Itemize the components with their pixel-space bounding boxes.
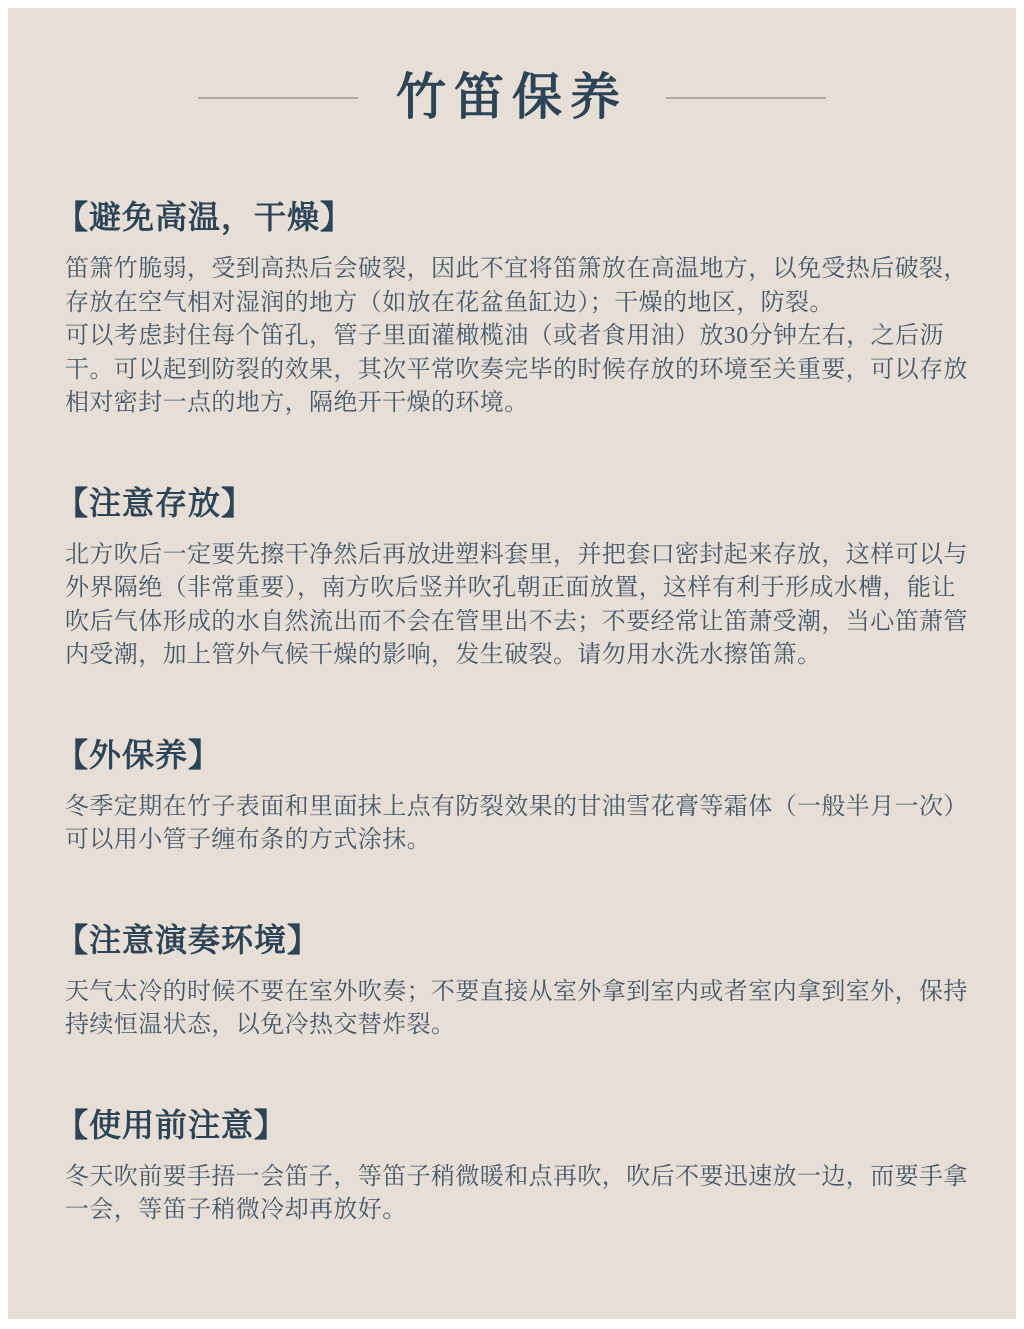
section-heading: 【使用前注意】 — [56, 1105, 968, 1145]
paragraph-line: 一会，等笛子稍微冷却再放好。 — [65, 1194, 968, 1228]
section-paragraph: 冬天吹前要手捂一会笛子，等笛子稍微暖和点再吹，吹后不要迅速放一边，而要手拿 一会… — [56, 1161, 968, 1228]
title-rule-left — [198, 97, 358, 99]
title-rule-right — [666, 97, 826, 99]
paragraph-line: 外界隔绝（非常重要），南方吹后竖并吹孔朝正面放置，这样有利于形成水槽，能让 — [65, 572, 968, 606]
section-paragraph: 北方吹后一定要先擦干净然后再放进塑料套里，并把套口密封起来存放，这样可以与 外界… — [56, 539, 968, 673]
section-exterior-care: 【外保养】 冬季定期在竹子表面和里面抹上点有防裂效果的甘油雪花膏等霜体（一般半月… — [56, 735, 968, 858]
paragraph-line: 持续恒温状态，以免冷热交替炸裂。 — [65, 1009, 968, 1043]
title-row: 竹笛保养 — [56, 8, 968, 125]
paragraph-line: 内受潮，加上管外气候干燥的影响，发生破裂。请勿用水洗水擦笛箫。 — [65, 639, 968, 673]
paragraph-line: 吹后气体形成的水自然流出而不会在管里出不去；不要经常让笛萧受潮，当心笛萧管 — [65, 606, 968, 640]
section-paragraph: 天气太冷的时候不要在室外吹奏；不要直接从室外拿到室内或者室内拿到室外，保持 持续… — [56, 976, 968, 1043]
paragraph-line: 北方吹后一定要先擦干净然后再放进塑料套里，并把套口密封起来存放，这样可以与 — [65, 539, 968, 573]
paragraph-line: 可以用小管子缠布条的方式涂抹。 — [65, 824, 968, 858]
section-heading: 【避免高温，干燥】 — [56, 197, 968, 237]
page-title: 竹笛保养 — [396, 70, 628, 125]
section-playing-environment: 【注意演奏环境】 天气太冷的时候不要在室外吹奏；不要直接从室外拿到室内或者室内拿… — [56, 920, 968, 1043]
paragraph-line: 相对密封一点的地方，隔绝开干燥的环境。 — [65, 387, 968, 421]
section-before-use: 【使用前注意】 冬天吹前要手捂一会笛子，等笛子稍微暖和点再吹，吹后不要迅速放一边… — [56, 1105, 968, 1228]
section-avoid-heat: 【避免高温，干燥】 笛箫竹脆弱，受到高热后会破裂，因此不宜将笛箫放在高温地方，以… — [56, 197, 968, 421]
paragraph-line: 冬天吹前要手捂一会笛子，等笛子稍微暖和点再吹，吹后不要迅速放一边，而要手拿 — [65, 1161, 968, 1195]
section-heading: 【外保养】 — [56, 735, 968, 775]
section-paragraph: 笛箫竹脆弱，受到高热后会破裂，因此不宜将笛箫放在高温地方，以免受热后破裂， 存放… — [56, 253, 968, 421]
paragraph-line: 天气太冷的时候不要在室外吹奏；不要直接从室外拿到室内或者室内拿到室外，保持 — [65, 976, 968, 1010]
section-heading: 【注意演奏环境】 — [56, 920, 968, 960]
section-paragraph: 冬季定期在竹子表面和里面抹上点有防裂效果的甘油雪花膏等霜体（一般半月一次） 可以… — [56, 791, 968, 858]
document-page: 竹笛保养 【避免高温，干燥】 笛箫竹脆弱，受到高热后会破裂，因此不宜将笛箫放在高… — [8, 8, 1016, 1319]
section-heading: 【注意存放】 — [56, 483, 968, 523]
paragraph-line: 可以考虑封住每个笛孔，管子里面灌橄榄油（或者食用油）放30分钟左右，之后沥 — [65, 320, 968, 354]
paragraph-line: 干。可以起到防裂的效果，其次平常吹奏完毕的时候存放的环境至关重要，可以存放 — [65, 354, 968, 388]
paragraph-line: 冬季定期在竹子表面和里面抹上点有防裂效果的甘油雪花膏等霜体（一般半月一次） — [65, 791, 968, 825]
section-storage: 【注意存放】 北方吹后一定要先擦干净然后再放进塑料套里，并把套口密封起来存放，这… — [56, 483, 968, 673]
paragraph-line: 笛箫竹脆弱，受到高热后会破裂，因此不宜将笛箫放在高温地方，以免受热后破裂， — [65, 253, 968, 287]
paragraph-line: 存放在空气相对湿润的地方（如放在花盆鱼缸边）；干燥的地区，防裂。 — [65, 287, 968, 321]
